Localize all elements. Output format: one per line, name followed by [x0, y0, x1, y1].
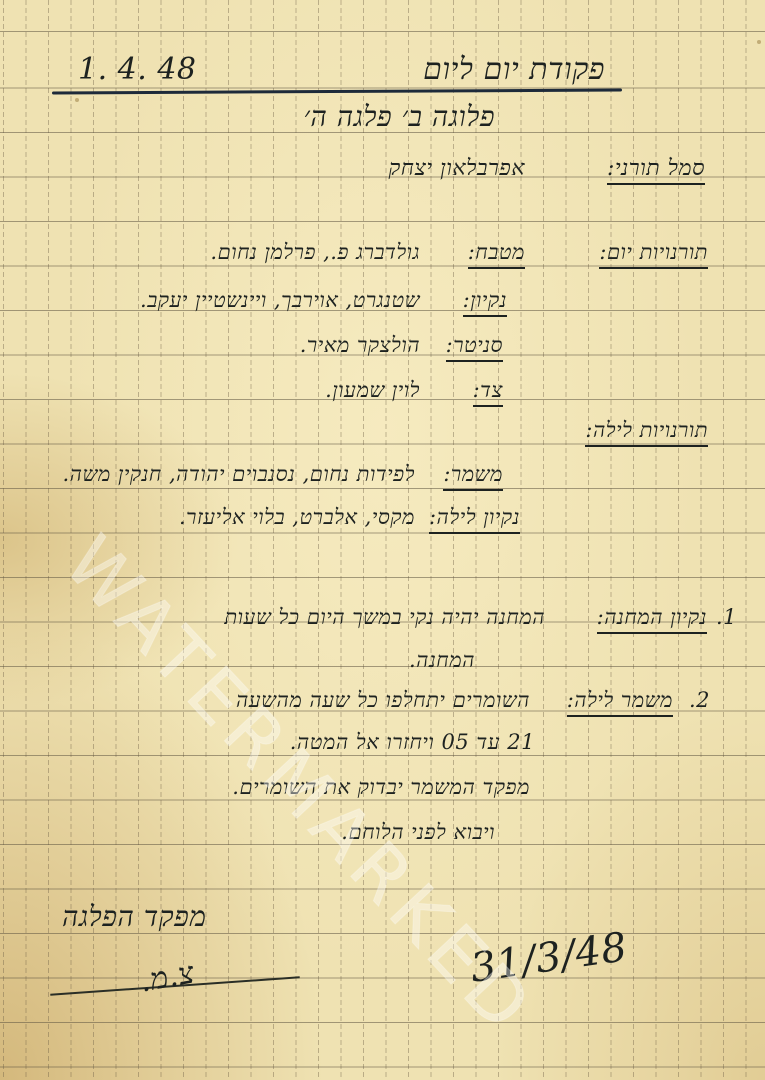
night-duties-heading: תורנויות לילה: [585, 418, 708, 447]
duty-sergeant-label: סמל תורני: [607, 155, 705, 185]
unit-subtitle: פלוגה ב׳ פלגה ה׳ [303, 100, 495, 134]
document-title: פקודת יום ליום [423, 52, 605, 87]
duty-value: הולצקר מאיר. [300, 333, 420, 358]
duty-value: מקסי, אלברט, בלוי אליעזר. [179, 505, 415, 530]
day-duties-heading: תורנויות יום: [599, 240, 708, 269]
order-line: מפקד המשמר יבדוק את השומרים. [232, 775, 530, 800]
document-title-date: 1. 4. 48 [78, 52, 197, 87]
order-label: משמר לילה: [567, 688, 673, 717]
document-page: פקודת יום ליום 1. 4. 48 פלוגה ב׳ פלגה ה׳… [0, 0, 765, 1080]
duty-value: לפידות נחום, נסנבוים יהודה, חנקין משה. [63, 462, 416, 487]
duty-label: נקיון לילה: [429, 505, 520, 534]
order-line: המחנה יהיה נקי במשך היום כל שעות [224, 605, 545, 630]
duty-value: גולדברג פ., פרלמן נחום. [210, 240, 420, 265]
duty-sergeant-name: אפרבלאון יצחק [389, 155, 525, 181]
order-line: 21 עד 05 ויחזרו אל המטה. [290, 730, 535, 755]
order-number: 1. [716, 605, 737, 629]
duty-label: משמר: [443, 462, 503, 491]
signature-title: מפקד הפלגה [62, 900, 206, 934]
ink-spot [75, 98, 79, 102]
order-number: 2. [689, 688, 710, 712]
duty-value: שטנגרט, אוירבך, ויינשטיין יעקב. [140, 288, 420, 313]
duty-label: סניטר: [446, 333, 503, 362]
ink-spot [757, 40, 761, 44]
order-line: ויבוא לפני הלוחם. [341, 820, 495, 845]
order-line: המחנה. [409, 648, 475, 673]
duty-label: נקיון: [463, 288, 507, 317]
duty-label: צד: [473, 378, 503, 407]
duty-label: מטבח: [468, 240, 525, 269]
order-label: נקיון המחנה: [597, 605, 707, 634]
order-line: השומרים יתחלפו כל שעה מהשעה [236, 688, 530, 713]
duty-value: לוין שמעון. [325, 378, 420, 403]
